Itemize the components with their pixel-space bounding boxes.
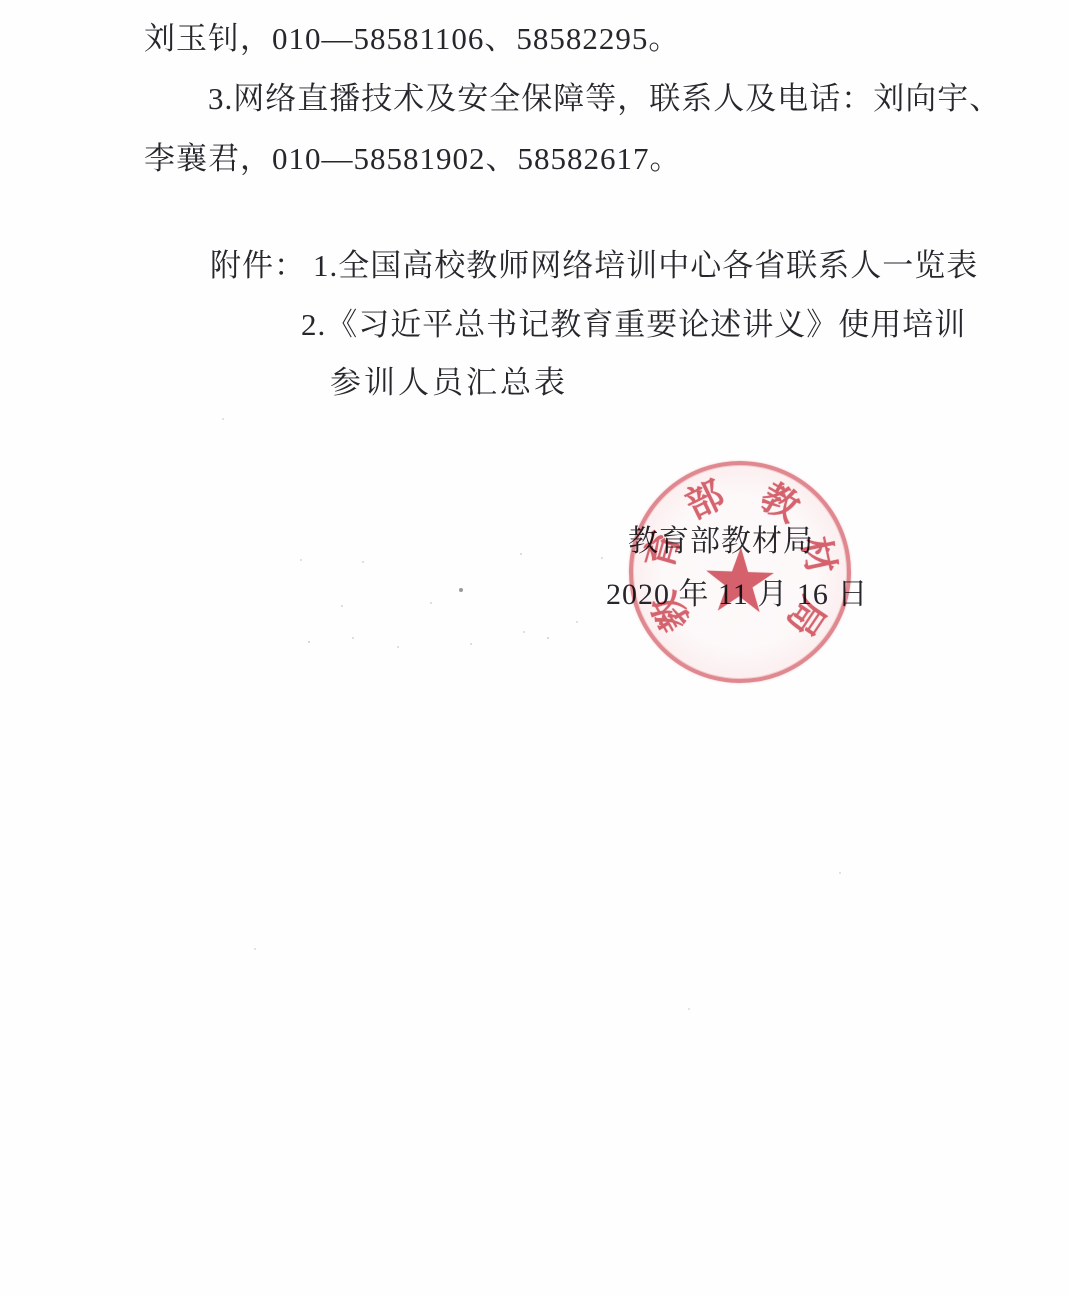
document-page: 刘玉钊，010—58581106、58582295。 3.网络直播技术及安全保障… xyxy=(0,0,1070,1297)
seal-character: 教 xyxy=(646,586,697,637)
seal-character: 育 xyxy=(641,527,687,573)
paragraph-3-line-1: 3.网络直播技术及安全保障等，联系人及电话：刘向宇、 xyxy=(208,80,1001,117)
seal-character: 材 xyxy=(795,534,839,578)
official-seal: 教 育 部 教 材 局 ★ xyxy=(625,457,855,687)
seal-character: 局 xyxy=(780,590,831,641)
seal-character: 教 xyxy=(754,478,805,529)
attachment-item-1: 1.全国高校教师网络培训中心各省联系人一览表 xyxy=(313,248,978,283)
attachment-item-2-line-2: 参训人员汇总表 xyxy=(330,364,568,401)
star-icon: ★ xyxy=(699,535,781,626)
scan-noise xyxy=(0,0,2,2)
seal-character: 部 xyxy=(681,476,730,525)
contact-phone-line: 刘玉钊，010—58581106、58582295。 xyxy=(144,20,680,57)
attachment-item-2-line-1: 2.《习近平总书记教育重要论述讲义》使用培训 xyxy=(301,306,966,343)
attachments-label: 附件： xyxy=(210,248,306,283)
paragraph-3-line-2: 李襄君，010—58581902、58582617。 xyxy=(144,140,682,177)
attachments-line: 附件：1.全国高校教师网络培训中心各省联系人一览表 xyxy=(210,247,978,284)
